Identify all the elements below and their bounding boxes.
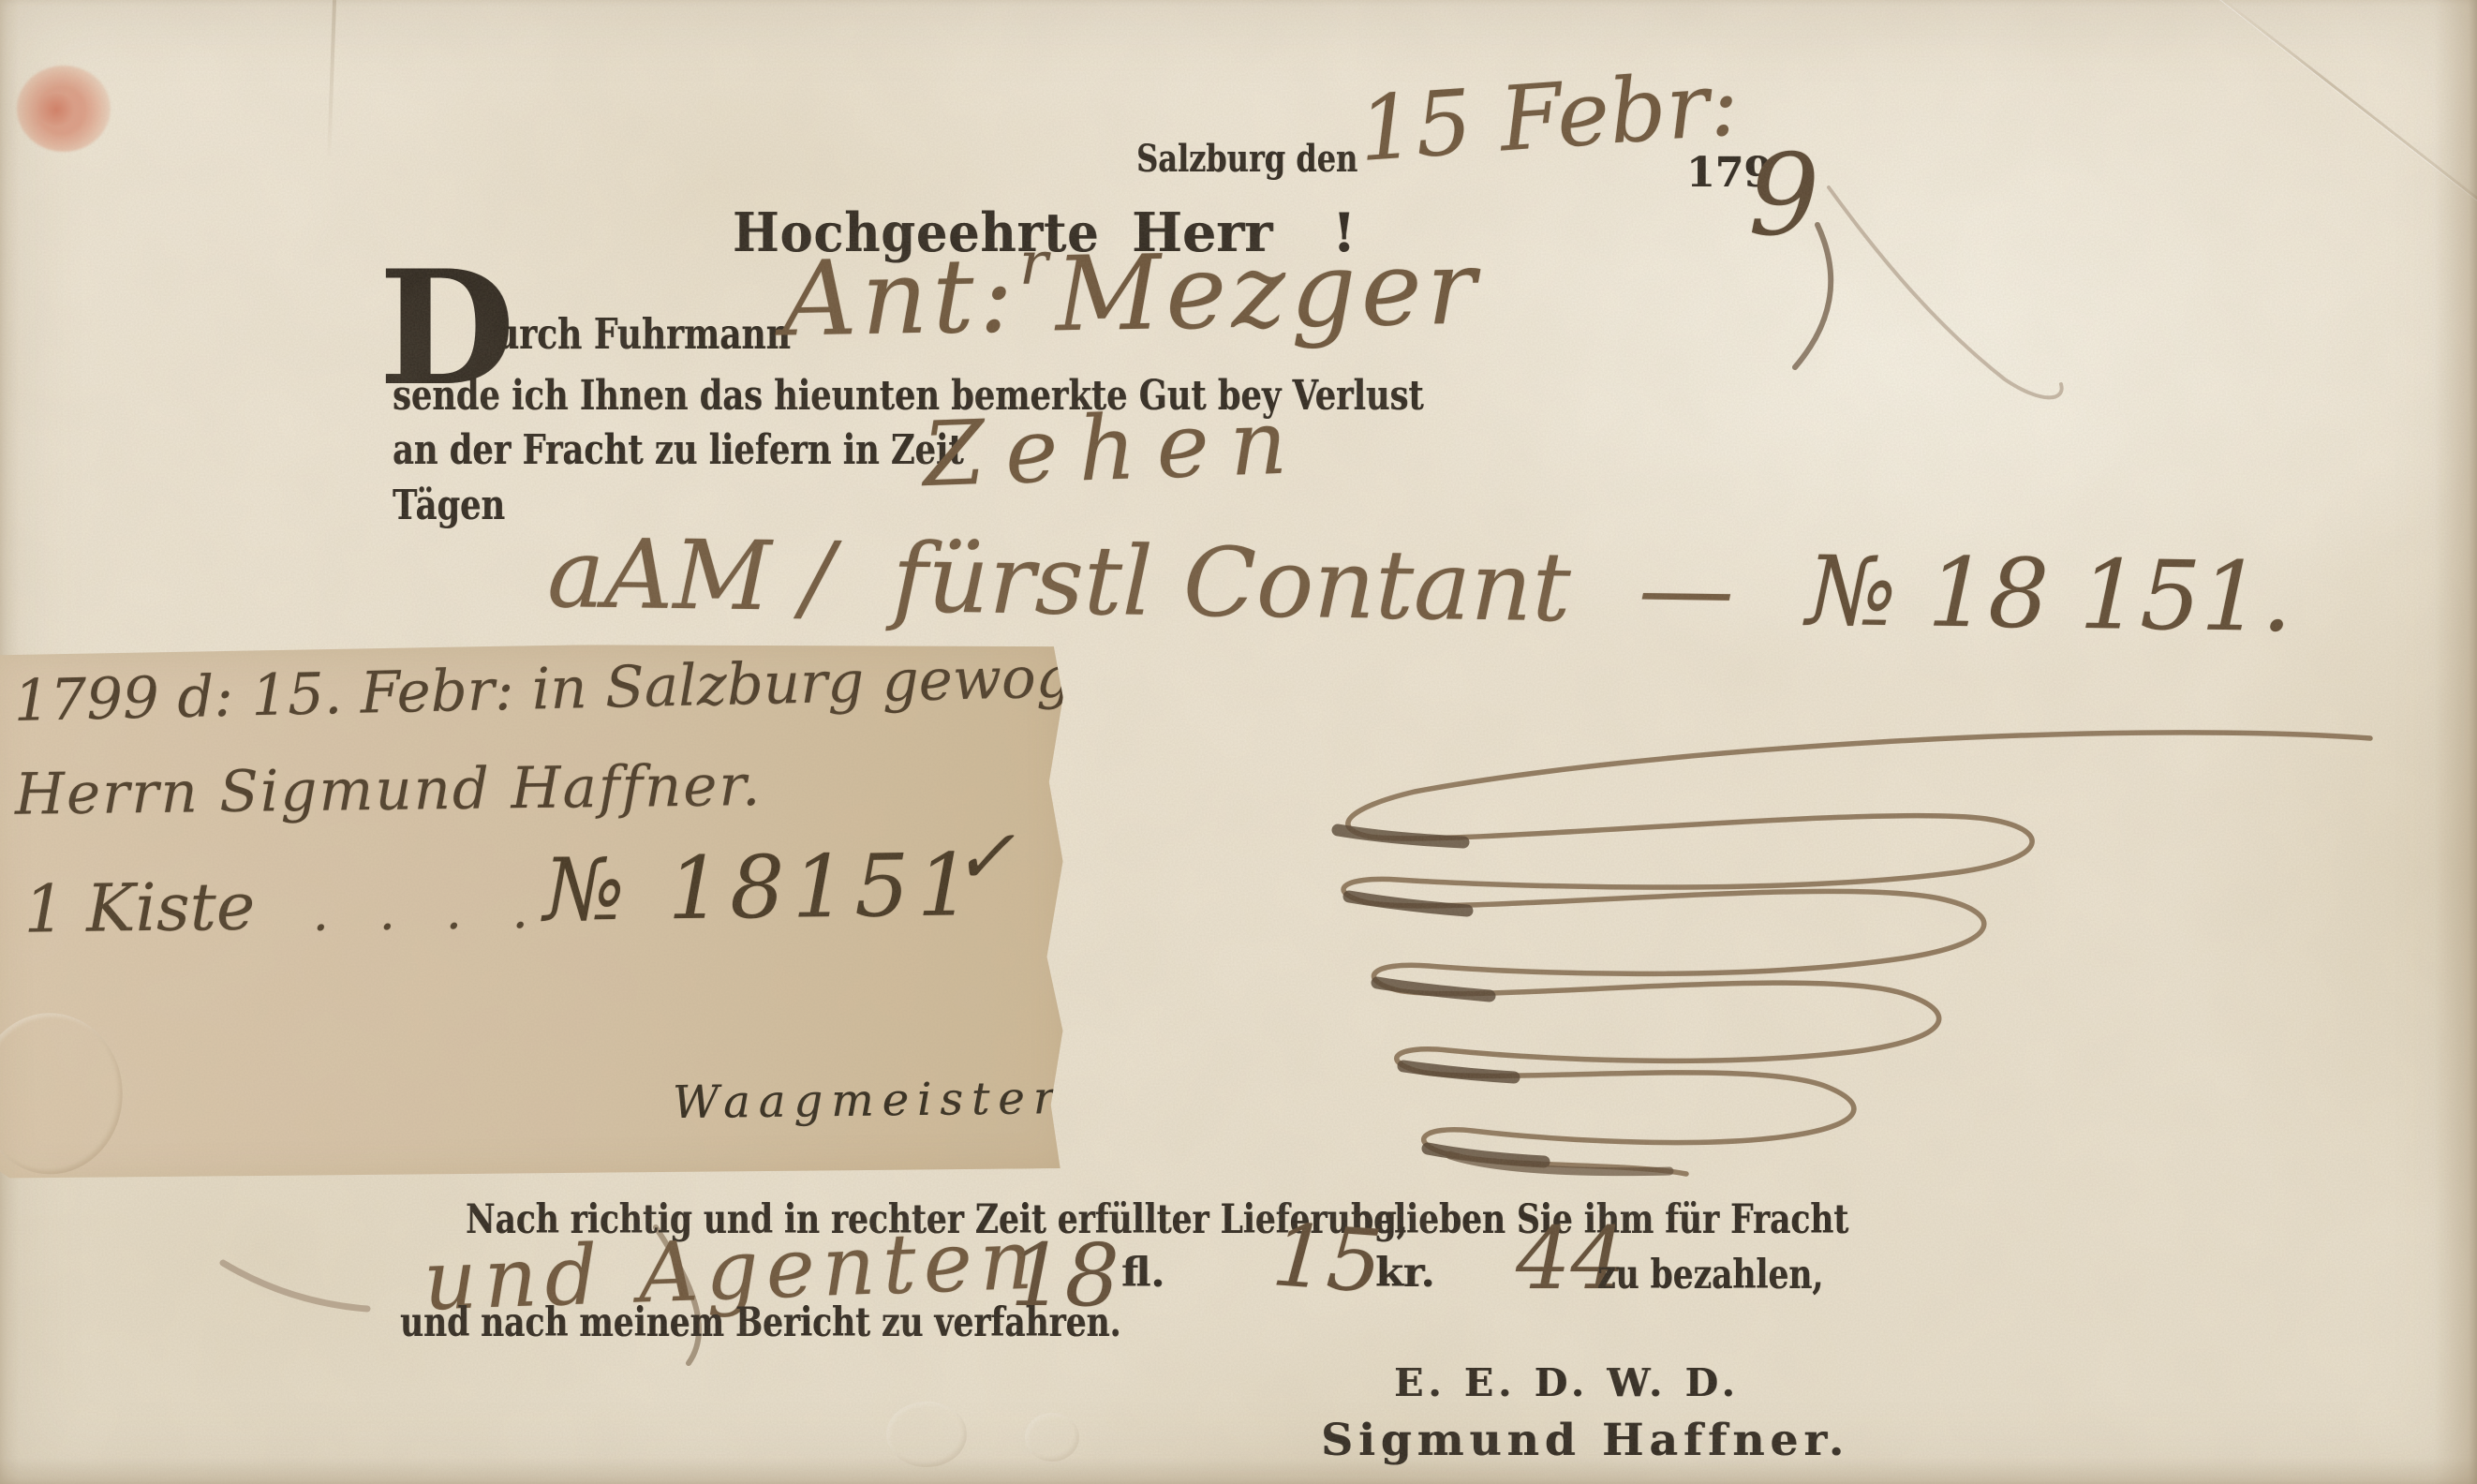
- slip-number-handwritten: № 18151: [543, 842, 980, 934]
- closing-fl-label: fl.: [1121, 1254, 1164, 1294]
- closing-handwritten-fl-amount: 15: [1269, 1212, 1385, 1306]
- dateline-year-digit-handwritten: 9: [1748, 141, 1819, 253]
- embossed-stamp: [1025, 1413, 1079, 1462]
- wax-seal-stain-core: [37, 94, 75, 126]
- signature-initials: E. E. D. W. D.: [1394, 1364, 1740, 1402]
- slip-checkmark-handwritten: ✓: [952, 820, 1016, 896]
- closing-line2: und nach meinem Bericht zu verfahren.: [400, 1303, 1301, 1343]
- slip-line2-handwritten: Herrn Sigmund Haffner.: [14, 757, 762, 824]
- consignment-mark: aAM /: [546, 518, 834, 633]
- closing-kr-label: kr.: [1375, 1254, 1434, 1294]
- slip-item-handwritten: 1 Kiste: [23, 874, 256, 942]
- embossed-stamp: [886, 1402, 967, 1467]
- closing-pay: zu bezahlen,: [1597, 1255, 1880, 1296]
- consignment-line-handwritten: aAM / fürstl Contant — № 18 151.: [547, 527, 2293, 646]
- slip-waagmeister: Waagmeister.: [673, 1076, 1081, 1125]
- dateline-day-handwritten: 15 Febr:: [1356, 60, 1742, 175]
- signature-name: Sigmund Haffner.: [1321, 1418, 1849, 1462]
- consignment-text: fürstl Contant: [892, 523, 1572, 644]
- freight-letter-scan: Salzburg den 15 Febr: 179 9 Hochgeehrte …: [0, 0, 2477, 1484]
- consignment-number: № 18 151.: [1806, 536, 2293, 654]
- slip-line1-handwritten: 1799 d: 15. Febr: in Salzburg gewogen: [13, 647, 1144, 730]
- intro-line4: Tägen: [393, 485, 533, 527]
- carrier-name-handwritten: Ant: Mezger: [781, 236, 1481, 351]
- weigh-house-slip: 1799 d: 15. Febr: in Salzburg gewogen He…: [0, 639, 1069, 1181]
- slip-dots-handwritten: . . . .: [312, 884, 545, 939]
- delivery-days-handwritten: Zehen: [921, 398, 1309, 500]
- consignment-dash: —: [1638, 533, 1735, 646]
- embossed-seal-on-slip: [0, 1012, 124, 1175]
- closing-line1b: belieben Sie ihm für Fracht: [1351, 1200, 1973, 1240]
